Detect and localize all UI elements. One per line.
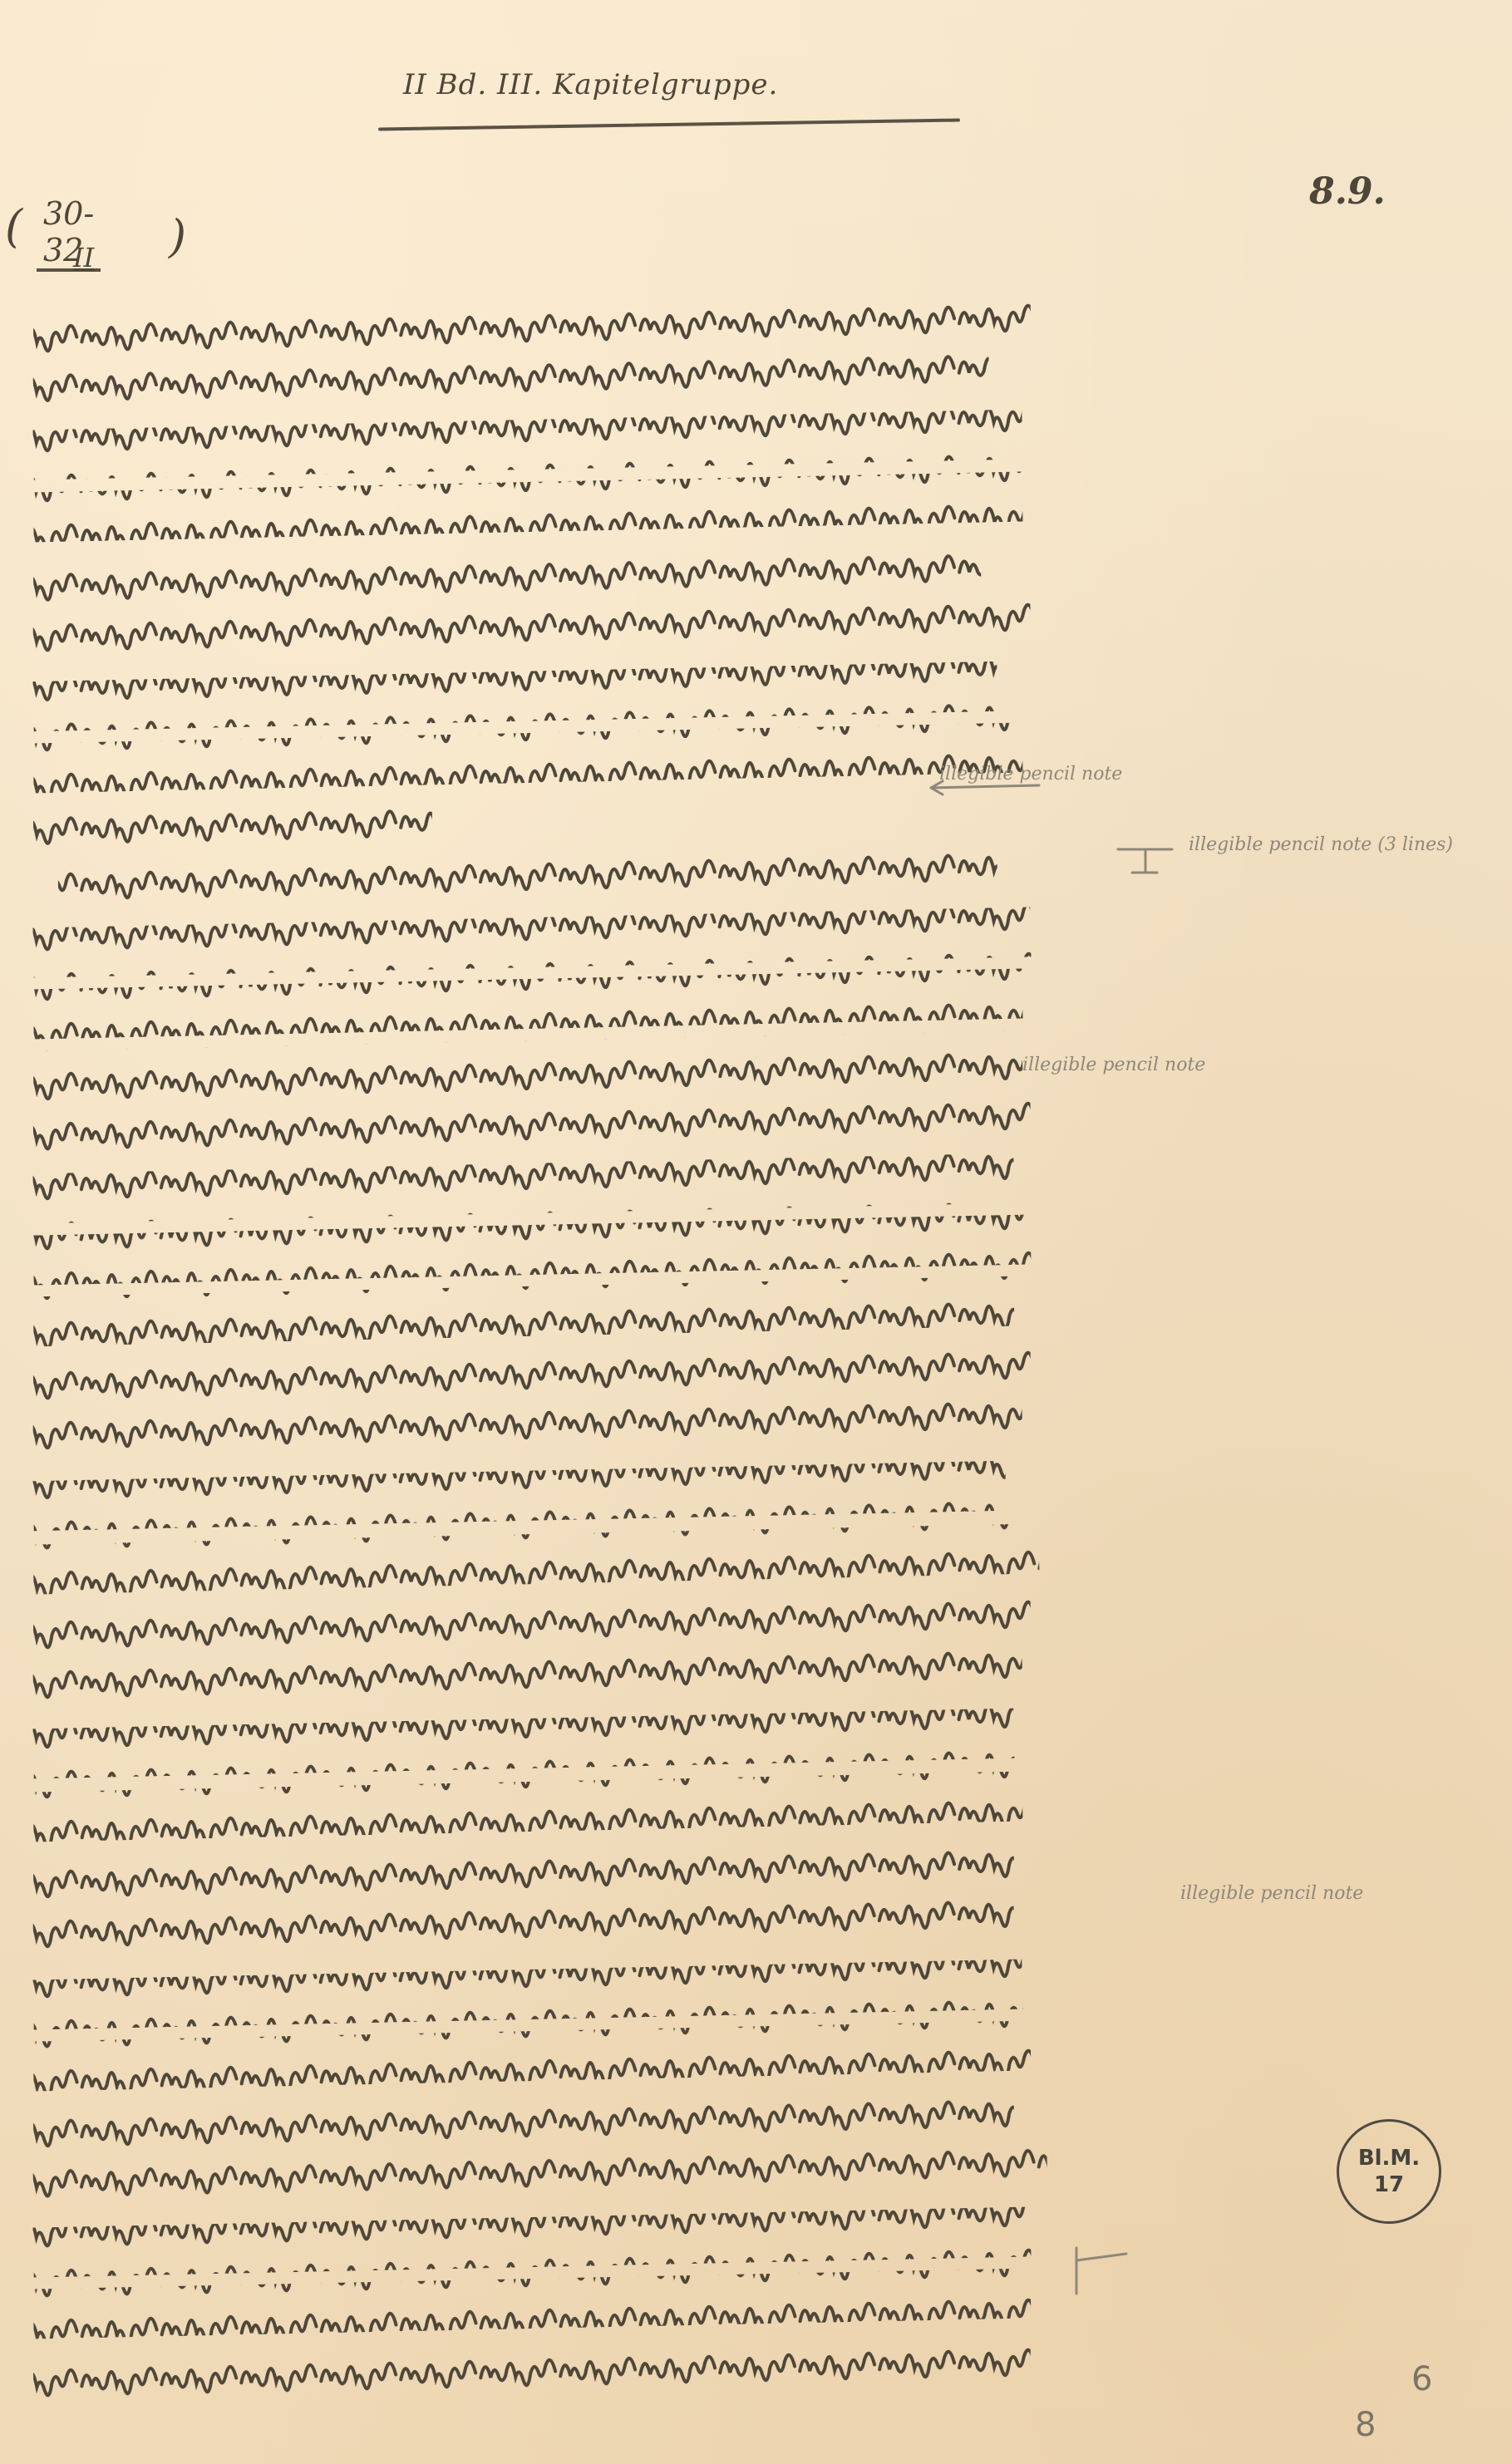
margin-note-2-text: illegible pencil note (3 lines)	[1189, 834, 1453, 855]
margin-note-3-text: illegible pencil note	[1022, 1055, 1205, 1075]
margin-note-1: illegible pencil note	[939, 760, 1272, 789]
margin-note-1-text: illegible pencil note	[939, 764, 1122, 784]
archive-stamp: Bl.M. 17	[1337, 2119, 1441, 2224]
margin-note-4-text: illegible pencil note	[1180, 1883, 1363, 1904]
margin-note-2: illegible pencil note (3 lines)	[1189, 831, 1488, 859]
folio-number-left: 8	[1355, 2406, 1376, 2444]
stamp-line-1: Bl.M.	[1358, 2145, 1420, 2171]
stamp-line-2: 17	[1374, 2171, 1404, 2198]
margin-note-4: illegible pencil note	[1180, 1880, 1413, 1908]
handwritten-body	[0, 0, 1512, 2464]
folio-number-right: 6	[1411, 2360, 1432, 2398]
margin-note-3: illegible pencil note	[1022, 1051, 1338, 1080]
